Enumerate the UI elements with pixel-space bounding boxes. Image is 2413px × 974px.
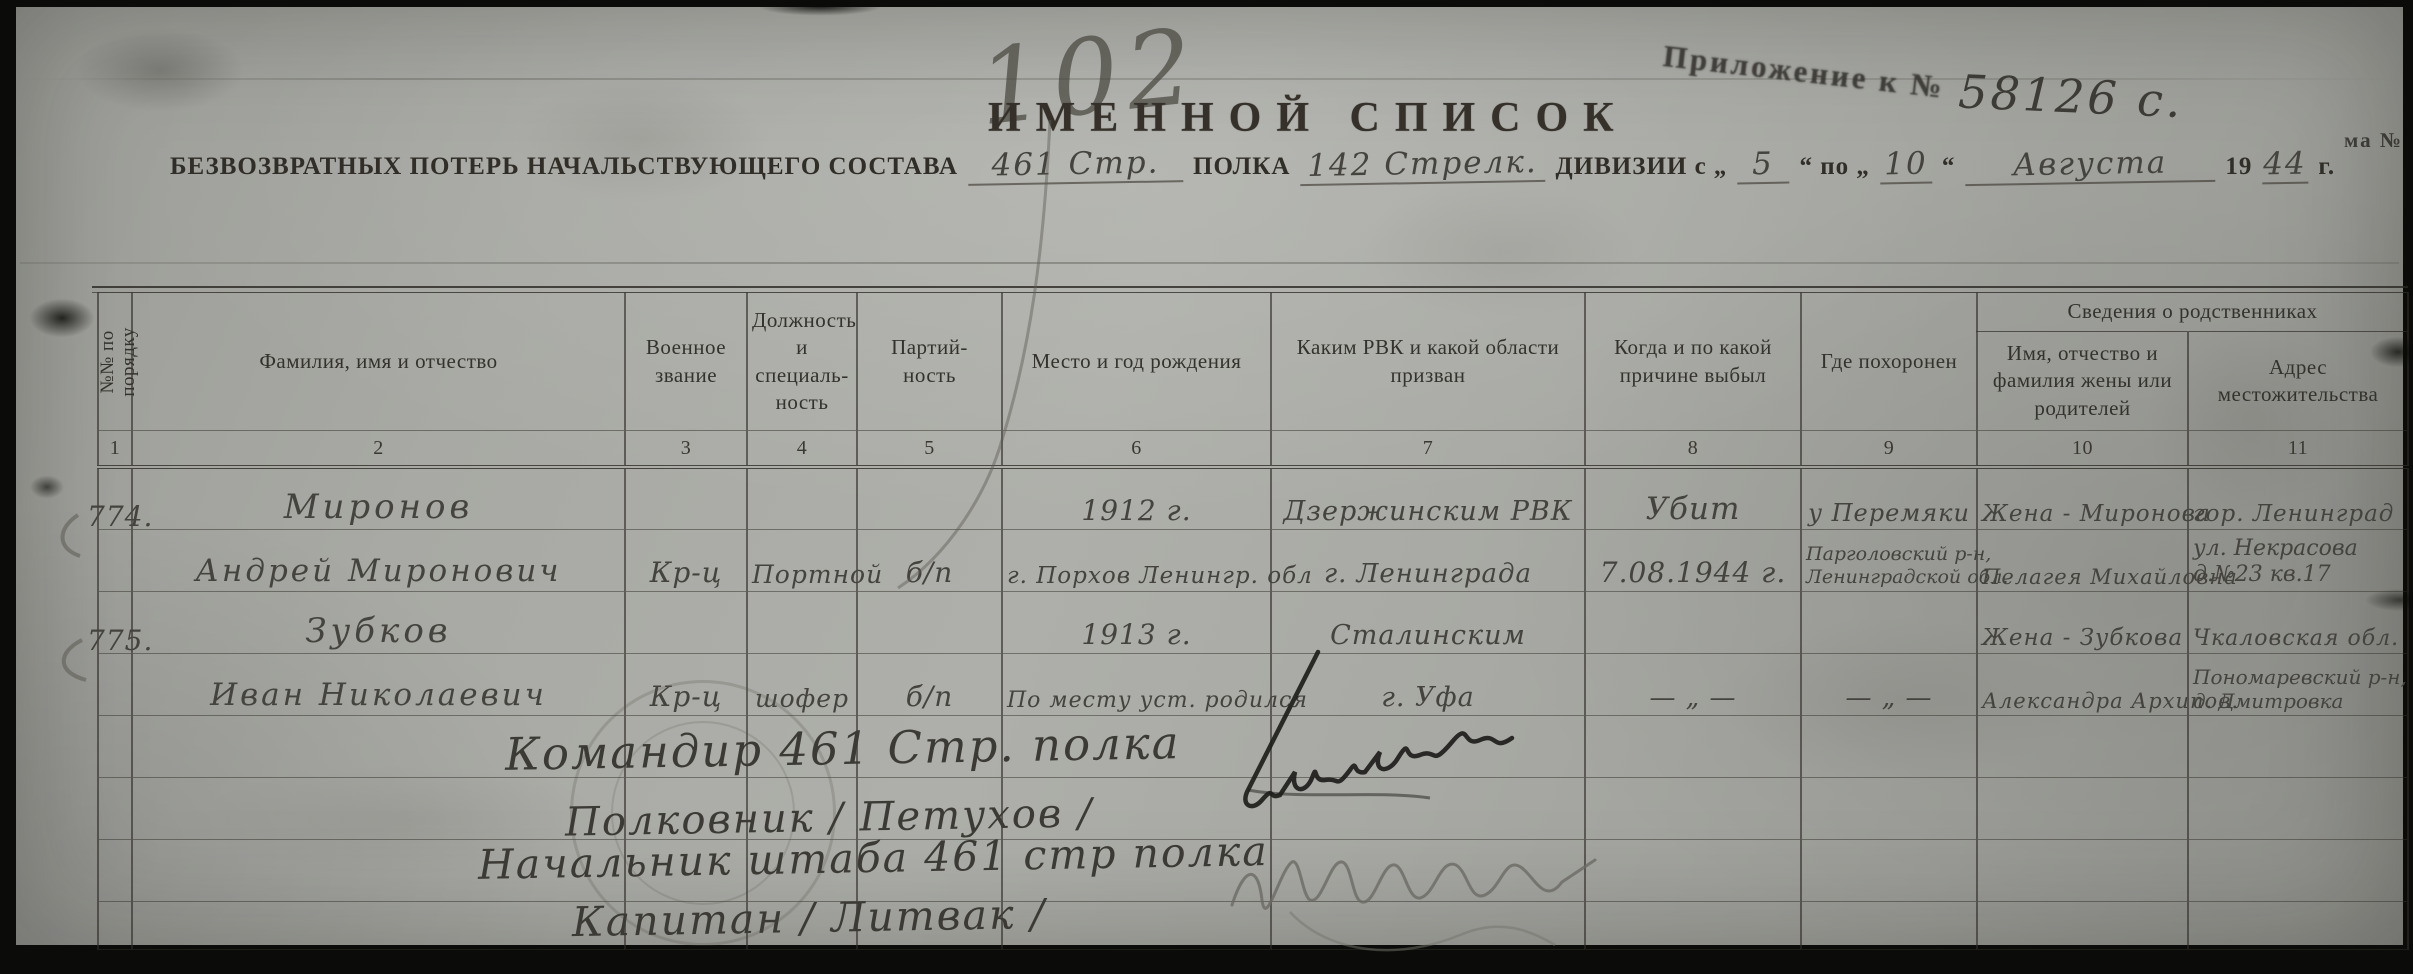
table-row-774-surname: 774. Миронов 1912 г. Дзержинским РВК Уби… (98, 467, 2408, 529)
col-num: 6 (1002, 431, 1271, 468)
subtitle-polka: ПОЛКА (1193, 153, 1290, 181)
col-num: 3 (625, 431, 747, 468)
fate-date-ditto: — „ — (1650, 683, 1737, 713)
burial-oblast: Ленинградской обл. (1806, 566, 1972, 589)
party: б/п (906, 680, 954, 713)
rvk: Сталинским (1330, 620, 1526, 651)
day-from-handwritten: 5 (1737, 146, 1790, 185)
col-header-duty: Должность и специаль- ность (747, 293, 857, 431)
col-header-birth: Место и год рождения (1002, 293, 1271, 431)
col-num: 4 (747, 431, 857, 468)
kin-name: Жена - Зубкова (1982, 625, 2183, 651)
col-num: 1 (98, 431, 132, 468)
footer-captain-line: Капитан / Литвак / (572, 890, 1047, 946)
kin-name: Жена - Миронова (1982, 501, 2211, 527)
month-handwritten: Августа (1965, 144, 2216, 186)
party: б/п (906, 556, 954, 589)
col-num: 8 (1585, 431, 1801, 468)
kin-village: д. Дмитровка (2193, 689, 2403, 713)
surname: Зубков (305, 611, 451, 651)
table-row-774-given: Андрей Миронович Кр-ц Портной б/п г. Пор… (98, 529, 2408, 591)
birth-place: По месту уст. родился (1007, 688, 1308, 713)
col-header-fate: Когда и по какой причине выбыл (1585, 293, 1801, 431)
birth-year: 1913 г. (1081, 618, 1191, 651)
kin-district: Пономаревский р-н, (2193, 665, 2403, 689)
given-name: Андрей Миронович (195, 553, 561, 589)
kin-house: д.№23 кв.17 (2193, 562, 2403, 588)
row-number: 774. (87, 500, 153, 533)
rvk-city: г. Ленинграда (1324, 559, 1532, 589)
kin-address: гор. Ленинград (2193, 501, 2394, 527)
given-name: Иван Николаевич (210, 677, 547, 713)
birth-year: 1912 г. (1081, 494, 1191, 527)
regiment-number-handwritten: 461 Стр. (968, 144, 1184, 186)
scanned-document-page: { "colors": { "paper": "#a8a9a4", "print… (0, 0, 2413, 974)
subtitle-year-printed: 19 (2225, 153, 2252, 181)
col-header-rank: Военное звание (625, 293, 747, 431)
subtitle-prefix: БЕЗВОЗВРАТНЫХ ПОТЕРЬ НАЧАЛЬСТВУЮЩЕГО СОС… (170, 153, 958, 181)
row-number: 775. (87, 624, 153, 657)
kin-street: ул. Некрасова (2193, 536, 2403, 562)
rvk-city: г. Уфа (1381, 682, 1475, 713)
kin-address: Чкаловская обл. (2193, 626, 2399, 651)
burial-district: Парголовский р-н, (1806, 543, 1972, 566)
col-num: 5 (857, 431, 1002, 468)
col-num: 11 (2188, 431, 2408, 468)
subtitle-year-suffix: г. (2318, 153, 2335, 181)
subtitle-divizii: ДИВИЗИИ с „ (1555, 153, 1727, 181)
col-num: 10 (1977, 431, 2188, 468)
column-number-row: 1 2 3 4 5 6 7 8 9 10 11 (98, 431, 2408, 468)
col-header-name: Фамилия, имя и отчество (132, 293, 625, 431)
col-num: 2 (132, 431, 625, 468)
col-header-address: Адрес местожительства (2188, 332, 2408, 431)
col-num: 7 (1271, 431, 1585, 468)
year-handwritten: 44 (2262, 146, 2309, 185)
fate-date: 7.08.1944 г. (1600, 556, 1786, 589)
empty-row (98, 901, 2408, 949)
document-subtitle: БЕЗВОЗВРАТНЫХ ПОТЕРЬ НАЧАЛЬСТВУЮЩЕГО СОС… (170, 146, 2367, 184)
stamp-number-handwritten: 58126 с. (1957, 64, 2184, 128)
col-num: 9 (1801, 431, 1977, 468)
empty-row (98, 715, 2408, 777)
burial-ditto: — „ — (1846, 683, 1933, 713)
rvk: Дзержинским РВК (1283, 496, 1572, 527)
col-header-kin: Имя, отчество и фамилия жены или родител… (1977, 332, 2188, 431)
col-header-index: №№ по порядку (98, 293, 132, 431)
table-row-775-given: Иван Николаевич Кр-ц шофер б/п По месту … (98, 653, 2408, 715)
col-header-rvk: Каким РВК и какой области призван (1271, 293, 1585, 431)
duty: шофер (755, 684, 849, 713)
burial-place: у Перемяки (1808, 499, 1970, 527)
col-header-index-label: №№ по порядку (98, 312, 140, 412)
fate: Убит (1646, 491, 1741, 527)
rank: Кр-ц (650, 680, 723, 713)
subtitle-quote: “ (1942, 153, 1956, 181)
division-number-handwritten: 142 Стрелк. (1300, 144, 1546, 186)
rank: Кр-ц (650, 556, 723, 589)
day-to-handwritten: 10 (1880, 146, 1933, 185)
document-title: ИМЕННОЙ СПИСОК (988, 94, 1629, 142)
col-header-burial: Где похоронен (1801, 293, 1977, 431)
col-group-relatives: Сведения о родственниках (1977, 293, 2408, 332)
table-row-775-surname: 775. Зубков 1913 г. Сталинским Жена - Зу… (98, 591, 2408, 653)
surname: Миронов (284, 487, 474, 527)
col-header-party: Партий- ность (857, 293, 1002, 431)
duty: Портной (752, 560, 883, 589)
subtitle-po: “ по „ (1799, 153, 1869, 181)
birth-place: г. Порхов Ленингр. обл (1007, 563, 1313, 589)
